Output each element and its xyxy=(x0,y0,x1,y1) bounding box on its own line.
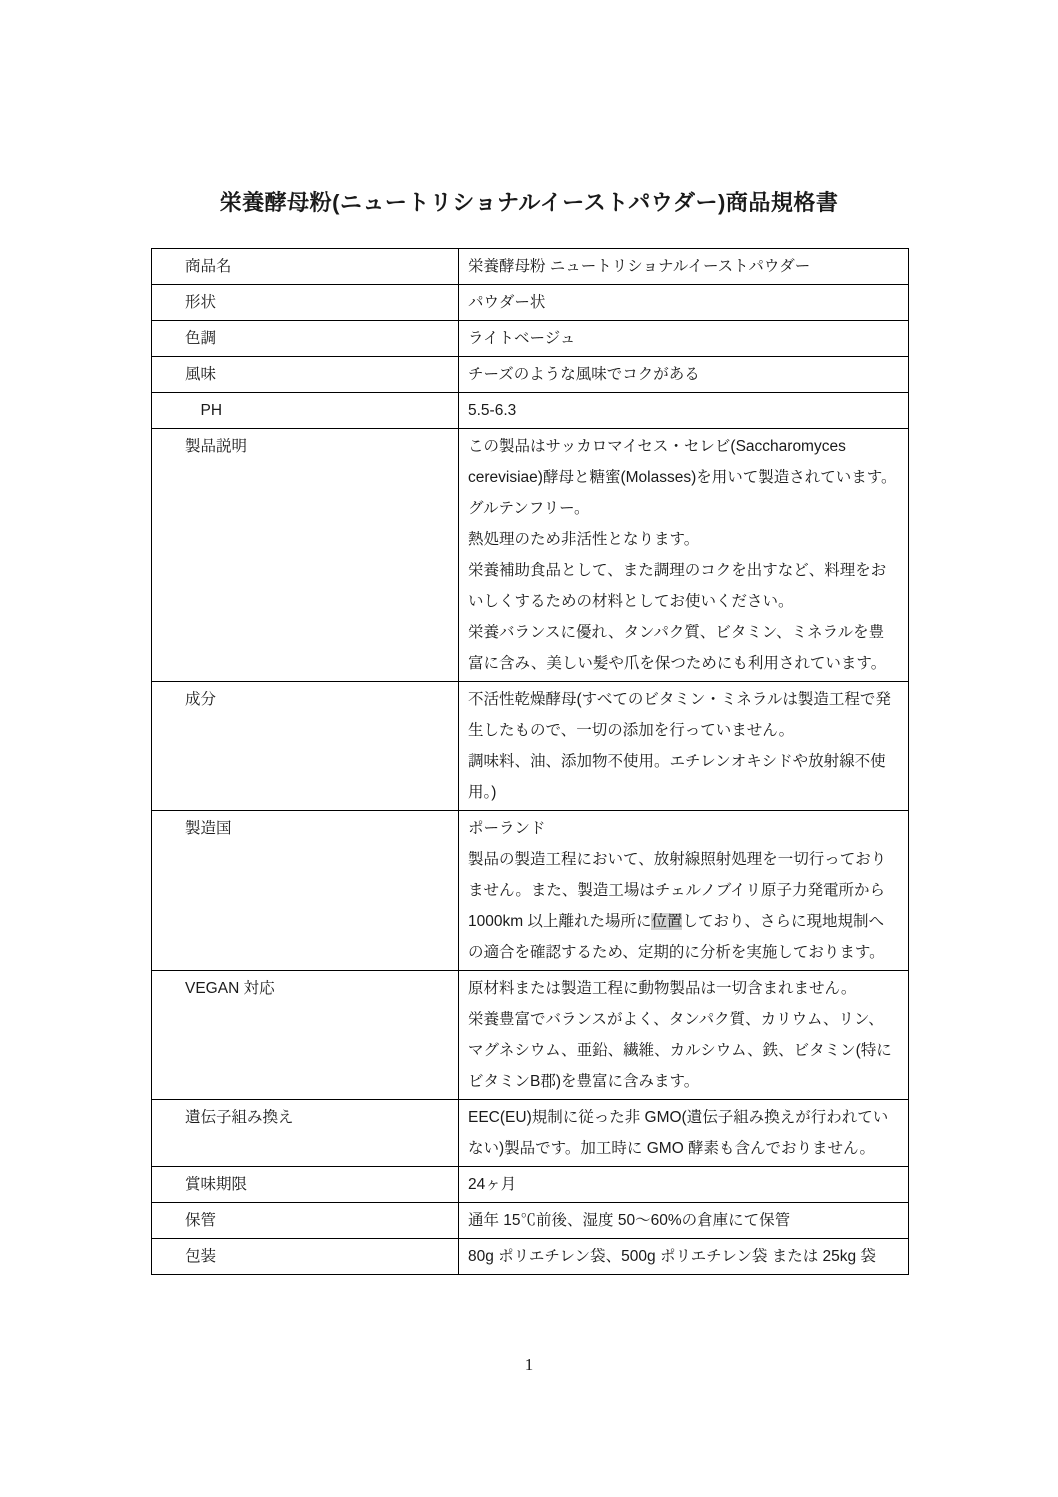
country-text-highlighted: 位置 xyxy=(651,913,682,930)
table-row-country: 製造国 ポーランド 製品の製造工程において、放射線照射処理を一切行っておりません… xyxy=(152,811,909,971)
table-row-ph: PH 5.5-6.3 xyxy=(152,393,909,429)
row-label-storage: 保管 xyxy=(152,1203,459,1239)
row-value-form: パウダー状 xyxy=(459,285,909,321)
row-label-color-tone: 色調 xyxy=(152,321,459,357)
row-value-product-name: 栄養酵母粉 ニュートリショナルイーストパウダー xyxy=(459,249,909,285)
row-value-ingredients: 不活性乾燥酵母(すべてのビタミン・ミネラルは製造工程で発生したもので、一切の添加… xyxy=(459,682,909,811)
table-row-flavor: 風味 チーズのような風味でコクがある xyxy=(152,357,909,393)
table-row-vegan: VEGAN 対応 原材料または製造工程に動物製品は一切含まれません。 栄養豊富で… xyxy=(152,971,909,1100)
row-value-color-tone: ライトベージュ xyxy=(459,321,909,357)
row-label-flavor: 風味 xyxy=(152,357,459,393)
table-row-storage: 保管 通年 15℃前後、湿度 50〜60%の倉庫にて保管 xyxy=(152,1203,909,1239)
table-row-color-tone: 色調 ライトベージュ xyxy=(152,321,909,357)
row-value-packaging: 80g ポリエチレン袋、500g ポリエチレン袋 または 25kg 袋 xyxy=(459,1239,909,1275)
row-label-ingredients: 成分 xyxy=(152,682,459,811)
page-number: 1 xyxy=(0,1355,1058,1375)
row-value-description: この製品はサッカロマイセス・セレビ(Saccharomyces cerevisi… xyxy=(459,429,909,682)
row-label-ph: PH xyxy=(152,393,459,429)
row-value-country: ポーランド 製品の製造工程において、放射線照射処理を一切行っておりません。また、… xyxy=(459,811,909,971)
row-label-vegan: VEGAN 対応 xyxy=(152,971,459,1100)
page-title: 栄養酵母粉(ニュートリショナルイーストパウダー)商品規格書 xyxy=(0,189,1058,217)
row-label-form: 形状 xyxy=(152,285,459,321)
row-value-flavor: チーズのような風味でコクがある xyxy=(459,357,909,393)
table-row-gmo: 遺伝子組み換え EEC(EU)規制に従った非 GMO(遺伝子組み換えが行われてい… xyxy=(152,1100,909,1167)
spec-table: 商品名 栄養酵母粉 ニュートリショナルイーストパウダー 形状 パウダー状 色調 … xyxy=(151,248,909,1275)
table-row-form: 形状 パウダー状 xyxy=(152,285,909,321)
table-row-description: 製品説明 この製品はサッカロマイセス・セレビ(Saccharomyces cer… xyxy=(152,429,909,682)
document-page: 栄養酵母粉(ニュートリショナルイーストパウダー)商品規格書 商品名 栄養酵母粉 … xyxy=(0,0,1058,1497)
row-value-shelf-life: 24ヶ月 xyxy=(459,1167,909,1203)
table-row-product-name: 商品名 栄養酵母粉 ニュートリショナルイーストパウダー xyxy=(152,249,909,285)
row-label-description: 製品説明 xyxy=(152,429,459,682)
row-label-gmo: 遺伝子組み換え xyxy=(152,1100,459,1167)
row-value-gmo: EEC(EU)規制に従った非 GMO(遺伝子組み換えが行われていない)製品です。… xyxy=(459,1100,909,1167)
row-label-product-name: 商品名 xyxy=(152,249,459,285)
row-label-shelf-life: 賞味期限 xyxy=(152,1167,459,1203)
row-label-country: 製造国 xyxy=(152,811,459,971)
row-value-vegan: 原材料または製造工程に動物製品は一切含まれません。 栄養豊富でバランスがよく、タ… xyxy=(459,971,909,1100)
table-row-shelf-life: 賞味期限 24ヶ月 xyxy=(152,1167,909,1203)
table-row-ingredients: 成分 不活性乾燥酵母(すべてのビタミン・ミネラルは製造工程で発生したもので、一切… xyxy=(152,682,909,811)
row-value-storage: 通年 15℃前後、湿度 50〜60%の倉庫にて保管 xyxy=(459,1203,909,1239)
row-value-ph: 5.5-6.3 xyxy=(459,393,909,429)
row-label-packaging: 包装 xyxy=(152,1239,459,1275)
table-row-packaging: 包装 80g ポリエチレン袋、500g ポリエチレン袋 または 25kg 袋 xyxy=(152,1239,909,1275)
